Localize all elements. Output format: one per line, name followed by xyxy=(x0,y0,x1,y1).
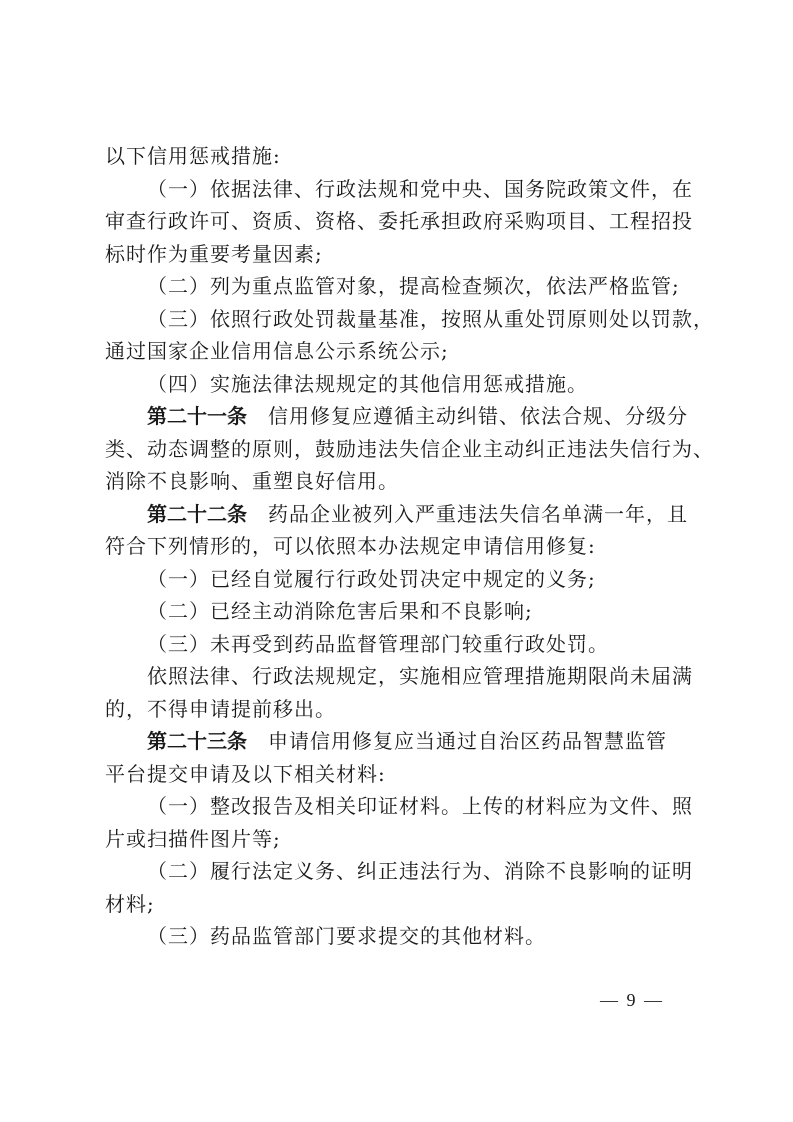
text-line: 类、动态调整的原则，鼓励违法失信企业主动纠正违法失信行为、 xyxy=(105,433,695,466)
text-line: 以下信用惩戒措施: xyxy=(105,140,695,173)
text-line: 符合下列情形的，可以依照本办法规定申请信用修复: xyxy=(105,530,695,563)
text-line: （一）整改报告及相关印证材料。上传的材料应为文件、照 xyxy=(105,790,695,823)
line-text: 的，不得申请提前移出。 xyxy=(105,697,336,721)
document-body: 以下信用惩戒措施:（一）依据法律、行政法规和党中央、国务院政策文件，在审查行政许… xyxy=(105,140,695,953)
article-number: 第二十二条 xyxy=(147,502,247,526)
line-text: （三）药品监管部门要求提交的其他材料。 xyxy=(147,924,546,948)
text-line: 片或扫描件图片等; xyxy=(105,823,695,856)
line-text: 以下信用惩戒措施: xyxy=(105,144,281,168)
line-text: 审查行政许可、资质、资格、委托承担政府采购项目、工程招投 xyxy=(105,209,693,233)
text-line: （二）列为重点监管对象，提高检查频次，依法严格监管; xyxy=(105,270,695,303)
line-text: 片或扫描件图片等; xyxy=(105,827,281,851)
line-text: （一）已经自觉履行行政处罚决定中规定的义务; xyxy=(147,567,596,591)
line-text: 类、动态调整的原则，鼓励违法失信企业主动纠正违法失信行为、 xyxy=(105,437,714,461)
line-text: 申请信用修复应当通过自治区药品智慧监管 xyxy=(247,729,667,753)
line-text: （二）履行法定义务、纠正违法行为、消除不良影响的证明 xyxy=(147,859,693,883)
line-text: 标时作为重要考量因素; xyxy=(105,242,323,266)
text-line: 通过国家企业信用信息公示系统公示; xyxy=(105,335,695,368)
line-text: （一）依据法律、行政法规和党中央、国务院政策文件，在 xyxy=(147,177,693,201)
line-text: （一）整改报告及相关印证材料。上传的材料应为文件、照 xyxy=(147,794,693,818)
line-text: 平台提交申请及以下相关材料: xyxy=(105,762,386,786)
text-line: 依照法律、行政法规规定，实施相应管理措施期限尚未届满 xyxy=(105,660,695,693)
text-line: 消除不良影响、重塑良好信用。 xyxy=(105,465,695,498)
line-text: 药品企业被列入严重违法失信名单满一年，且 xyxy=(247,502,688,526)
line-text: （四）实施法律法规规定的其他信用惩戒措施。 xyxy=(147,372,588,396)
text-line: 平台提交申请及以下相关材料: xyxy=(105,758,695,791)
line-text: （三）依照行政处罚裁量基准，按照从重处罚原则处以罚款， xyxy=(147,307,714,331)
text-line: （二）已经主动消除危害后果和不良影响; xyxy=(105,595,695,628)
line-text: 依照法律、行政法规规定，实施相应管理措施期限尚未届满 xyxy=(147,664,693,688)
text-line: （三）药品监管部门要求提交的其他材料。 xyxy=(105,920,695,953)
line-text: （三）未再受到药品监督管理部门较重行政处罚。 xyxy=(147,632,609,656)
text-line: （三）未再受到药品监督管理部门较重行政处罚。 xyxy=(105,628,695,661)
text-line: （二）履行法定义务、纠正违法行为、消除不良影响的证明 xyxy=(105,855,695,888)
text-line: （一）已经自觉履行行政处罚决定中规定的义务; xyxy=(105,563,695,596)
line-text: 材料; xyxy=(105,892,155,916)
article-heading-line: 第二十三条 申请信用修复应当通过自治区药品智慧监管 xyxy=(105,725,695,758)
line-text: 符合下列情形的，可以依照本办法规定申请信用修复: xyxy=(105,534,596,558)
article-number: 第二十一条 xyxy=(147,404,247,428)
article-heading-line: 第二十一条 信用修复应遵循主动纠错、依法合规、分级分 xyxy=(105,400,695,433)
text-line: （四）实施法律法规规定的其他信用惩戒措施。 xyxy=(105,368,695,401)
line-text: 通过国家企业信用信息公示系统公示; xyxy=(105,339,449,363)
line-text: 信用修复应遵循主动纠错、依法合规、分级分 xyxy=(247,404,688,428)
article-number: 第二十三条 xyxy=(147,729,247,753)
line-text: 消除不良影响、重塑良好信用。 xyxy=(105,469,399,493)
text-line: 标时作为重要考量因素; xyxy=(105,238,695,271)
text-line: 材料; xyxy=(105,888,695,921)
line-text: （二）列为重点监管对象，提高检查频次，依法严格监管; xyxy=(147,274,680,298)
page-number: — 9 — xyxy=(600,990,664,1011)
text-line: （三）依照行政处罚裁量基准，按照从重处罚原则处以罚款， xyxy=(105,303,695,336)
text-line: 的，不得申请提前移出。 xyxy=(105,693,695,726)
line-text: （二）已经主动消除危害后果和不良影响; xyxy=(147,599,533,623)
article-heading-line: 第二十二条 药品企业被列入严重违法失信名单满一年，且 xyxy=(105,498,695,531)
text-line: （一）依据法律、行政法规和党中央、国务院政策文件，在 xyxy=(105,173,695,206)
text-line: 审查行政许可、资质、资格、委托承担政府采购项目、工程招投 xyxy=(105,205,695,238)
